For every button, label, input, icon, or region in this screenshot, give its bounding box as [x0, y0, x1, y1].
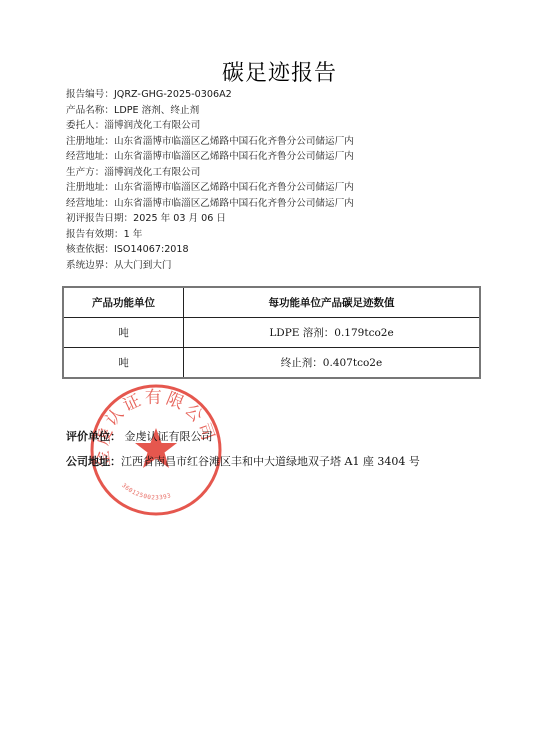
info-label: 经营地址：: [66, 198, 114, 209]
info-value: 山东省淄博市临淄区乙烯路中国石化齐鲁分公司储运厂内: [114, 151, 354, 162]
info-value: 山东省淄博市临淄区乙烯路中国石化齐鲁分公司储运厂内: [114, 136, 354, 147]
evaluator-line: 评价单位： 金虔认证有限公司: [66, 428, 213, 444]
info-value: 山东省淄博市临淄区乙烯路中国石化齐鲁分公司储运厂内: [114, 198, 354, 209]
header-functional-unit: 产品功能单位: [63, 287, 184, 318]
cell-unit: 吨: [63, 318, 184, 348]
info-value: 淄博润茂化工有限公司: [104, 167, 200, 178]
table-header-row: 产品功能单位 每功能单位产品碳足迹数值: [63, 287, 480, 318]
info-producer: 生产方：淄博润茂化工有限公司: [66, 165, 354, 181]
evaluator-address-line: 公司地址：江西省南昌市红谷滩区丰和中大道绿地双子塔 A1 座 3404 号: [66, 453, 420, 469]
info-value: 1 年: [124, 229, 143, 240]
info-label: 核查依据：: [66, 244, 114, 255]
info-value: 2025 年 03 月 06 日: [133, 213, 226, 224]
header-footprint-value: 每功能单位产品碳足迹数值: [184, 287, 481, 318]
info-client: 委托人：淄博润茂化工有限公司: [66, 118, 354, 134]
info-label: 初评报告日期：: [66, 213, 133, 224]
info-client-registered-address: 注册地址：山东省淄博市临淄区乙烯路中国石化齐鲁分公司储运厂内: [66, 134, 354, 150]
info-label: 系统边界：: [66, 260, 114, 271]
info-label: 注册地址：: [66, 136, 114, 147]
info-value: JQRZ-GHG-2025-0306A2: [114, 89, 232, 100]
cell-value: LDPE 溶剂：0.179tco2e: [184, 318, 481, 348]
info-value: 淄博润茂化工有限公司: [104, 120, 200, 131]
company-seal-stamp: 金虔认证有限公司 3601250023393: [88, 382, 224, 518]
info-label: 报告编号：: [66, 89, 114, 100]
info-value: LDPE 溶剂、终止剂: [114, 105, 199, 116]
info-validity-period: 报告有效期：1 年: [66, 227, 354, 243]
info-producer-business-address: 经营地址：山东省淄博市临淄区乙烯路中国石化齐鲁分公司储运厂内: [66, 196, 354, 212]
info-initial-report-date: 初评报告日期：2025 年 03 月 06 日: [66, 211, 354, 227]
info-label: 报告有效期：: [66, 229, 124, 240]
info-label: 委托人：: [66, 120, 104, 131]
report-title: 碳足迹报告: [0, 56, 559, 87]
carbon-footprint-table: 产品功能单位 每功能单位产品碳足迹数值 吨 LDPE 溶剂：0.179tco2e…: [62, 286, 481, 379]
info-client-business-address: 经营地址：山东省淄博市临淄区乙烯路中国石化齐鲁分公司储运厂内: [66, 149, 354, 165]
cell-value: 终止剂：0.407tco2e: [184, 348, 481, 379]
info-producer-registered-address: 注册地址：山东省淄博市临淄区乙烯路中国石化齐鲁分公司储运厂内: [66, 180, 354, 196]
info-value: ISO14067:2018: [114, 244, 189, 255]
info-product-name: 产品名称：LDPE 溶剂、终止剂: [66, 103, 354, 119]
info-value: 从大门到大门: [114, 260, 172, 271]
info-label: 经营地址：: [66, 151, 114, 162]
info-verification-basis: 核查依据：ISO14067:2018: [66, 242, 354, 258]
table-row: 吨 终止剂：0.407tco2e: [63, 348, 480, 379]
info-label: 产品名称：: [66, 105, 114, 116]
info-system-boundary: 系统边界：从大门到大门: [66, 258, 354, 274]
info-value: 山东省淄博市临淄区乙烯路中国石化齐鲁分公司储运厂内: [114, 182, 354, 193]
info-report-number: 报告编号：JQRZ-GHG-2025-0306A2: [66, 87, 354, 103]
address-label: 公司地址：: [66, 455, 121, 468]
info-label: 注册地址：: [66, 182, 114, 193]
info-label: 生产方：: [66, 167, 104, 178]
svg-text:3601250023393: 3601250023393: [120, 482, 172, 502]
cell-unit: 吨: [63, 348, 184, 379]
report-info-block: 报告编号：JQRZ-GHG-2025-0306A2 产品名称：LDPE 溶剂、终…: [66, 87, 354, 273]
evaluator-label: 评价单位：: [66, 430, 121, 443]
address-value: 江西省南昌市红谷滩区丰和中大道绿地双子塔 A1 座 3404 号: [121, 455, 420, 468]
table-row: 吨 LDPE 溶剂：0.179tco2e: [63, 318, 480, 348]
evaluator-name: 金虔认证有限公司: [125, 430, 213, 443]
